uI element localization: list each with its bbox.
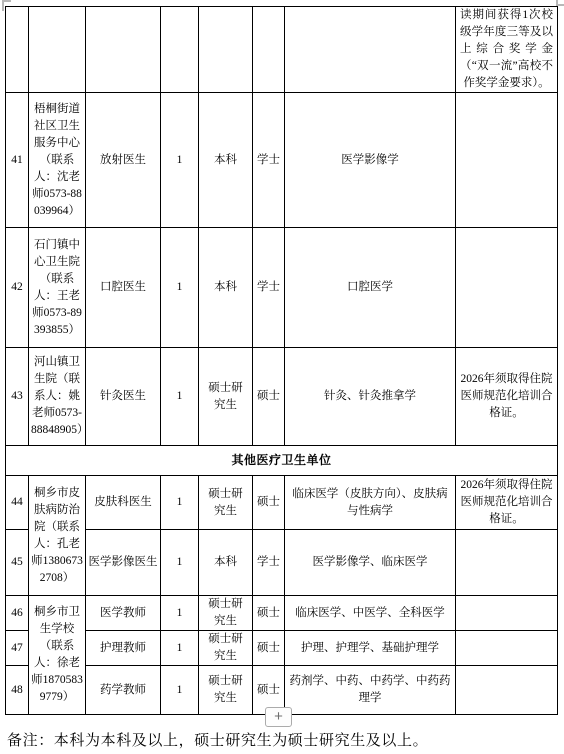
cell-empty xyxy=(86,7,161,93)
cell-remark xyxy=(456,596,558,631)
cell-degree: 学士 xyxy=(253,530,285,596)
cell-education: 本科 xyxy=(199,228,253,348)
cell-no: 48 xyxy=(6,666,29,715)
cell-no: 45 xyxy=(6,530,29,596)
cell-count: 1 xyxy=(161,631,199,666)
section-header-row: 其他医疗卫生单位 xyxy=(6,446,558,476)
cell-education: 硕士研究生 xyxy=(199,476,253,530)
cell-position: 医学影像医生 xyxy=(86,530,161,596)
cell-education: 硕士研究生 xyxy=(199,631,253,666)
cell-empty xyxy=(6,7,29,93)
cell-position: 护理教师 xyxy=(86,631,161,666)
cell-major: 医学影像学 xyxy=(285,93,456,228)
table-row: 43 河山镇卫生院（联系人：姚老师0573-88848905） 针灸医生 1 硕… xyxy=(6,348,558,446)
cell-remark xyxy=(456,666,558,715)
insert-row-button[interactable]: + xyxy=(265,707,292,727)
cell-count: 1 xyxy=(161,476,199,530)
table-row: 45 医学影像医生 1 本科 学士 医学影像学、临床医学 xyxy=(6,530,558,596)
cell-position: 针灸医生 xyxy=(86,348,161,446)
table-row: 47 护理教师 1 硕士研究生 硕士 护理、护理学、基础护理学 xyxy=(6,631,558,666)
cell-remark xyxy=(456,530,558,596)
table-row: 46 桐乡市卫生学校（联系人：徐老师18705839779） 医学教师 1 硕士… xyxy=(6,596,558,631)
cell-no: 43 xyxy=(6,348,29,446)
cell-unit: 石门镇中心卫生院（联系人：王老师0573-89393855） xyxy=(29,228,86,348)
cell-education: 硕士研究生 xyxy=(199,596,253,631)
cell-unit: 桐乡市卫生学校（联系人：徐老师18705839779） xyxy=(29,596,86,715)
cell-remark: 2026年须取得住院医师规范化培训合格证。 xyxy=(456,348,558,446)
cell-unit: 河山镇卫生院（联系人：姚老师0573-88848905） xyxy=(29,348,86,446)
cell-unit: 桐乡市皮肤病防治院（联系人：孔老师13806732708） xyxy=(29,476,86,596)
cell-count: 1 xyxy=(161,596,199,631)
cell-degree: 学士 xyxy=(253,93,285,228)
cell-major: 临床医学（皮肤方向）、皮肤病与性病学 xyxy=(285,476,456,530)
cell-major: 药剂学、中药、中药学、中药药理学 xyxy=(285,666,456,715)
table-row: 44 桐乡市皮肤病防治院（联系人：孔老师13806732708） 皮肤科医生 1… xyxy=(6,476,558,530)
cell-education: 本科 xyxy=(199,93,253,228)
section-header: 其他医疗卫生单位 xyxy=(6,446,558,476)
cell-remark xyxy=(456,93,558,228)
cell-count: 1 xyxy=(161,348,199,446)
cell-position: 医学教师 xyxy=(86,596,161,631)
cell-education: 硕士研究生 xyxy=(199,348,253,446)
cell-empty xyxy=(285,7,456,93)
cell-count: 1 xyxy=(161,228,199,348)
cell-education: 本科 xyxy=(199,530,253,596)
cell-degree: 硕士 xyxy=(253,348,285,446)
cell-count: 1 xyxy=(161,530,199,596)
cell-remark: 2026年须取得住院医师规范化培训合格证。 xyxy=(456,476,558,530)
table-row-carryover: 读期间获得1次校级学年度三等及以上综合奖学金（“双一流”高校不作奖学金要求）。 xyxy=(6,7,558,93)
cell-count: 1 xyxy=(161,93,199,228)
cell-degree: 硕士 xyxy=(253,631,285,666)
table-row: 41 梧桐街道社区卫生服务中心（联系人：沈老师0573-88039964） 放射… xyxy=(6,93,558,228)
cell-position: 放射医生 xyxy=(86,93,161,228)
cell-remark xyxy=(456,631,558,666)
cell-empty xyxy=(199,7,253,93)
cell-count: 1 xyxy=(161,666,199,715)
cell-degree: 学士 xyxy=(253,228,285,348)
cell-empty xyxy=(29,7,86,93)
cell-empty xyxy=(253,7,285,93)
cell-position: 口腔医生 xyxy=(86,228,161,348)
cell-unit: 梧桐街道社区卫生服务中心（联系人：沈老师0573-88039964） xyxy=(29,93,86,228)
table-row: 42 石门镇中心卫生院（联系人：王老师0573-89393855） 口腔医生 1… xyxy=(6,228,558,348)
cell-degree: 硕士 xyxy=(253,596,285,631)
cell-no: 41 xyxy=(6,93,29,228)
cell-remark xyxy=(456,228,558,348)
recruitment-table: 读期间获得1次校级学年度三等及以上综合奖学金（“双一流”高校不作奖学金要求）。 … xyxy=(5,6,558,715)
cell-major: 针灸、针灸推拿学 xyxy=(285,348,456,446)
cell-major: 护理、护理学、基础护理学 xyxy=(285,631,456,666)
cell-no: 46 xyxy=(6,596,29,631)
cell-remark: 读期间获得1次校级学年度三等及以上综合奖学金（“双一流”高校不作奖学金要求）。 xyxy=(456,7,558,93)
cell-education: 硕士研究生 xyxy=(199,666,253,715)
cell-major: 临床医学、中医学、全科医学 xyxy=(285,596,456,631)
cell-major: 口腔医学 xyxy=(285,228,456,348)
cell-position: 皮肤科医生 xyxy=(86,476,161,530)
cell-degree: 硕士 xyxy=(253,476,285,530)
cell-no: 47 xyxy=(6,631,29,666)
cell-position: 药学教师 xyxy=(86,666,161,715)
cell-no: 44 xyxy=(6,476,29,530)
cell-major: 医学影像学、临床医学 xyxy=(285,530,456,596)
table-footnote: 备注：本科为本科及以上，硕士研究生为硕士研究生及以上。 xyxy=(7,729,557,750)
cell-no: 42 xyxy=(6,228,29,348)
cell-empty xyxy=(161,7,199,93)
